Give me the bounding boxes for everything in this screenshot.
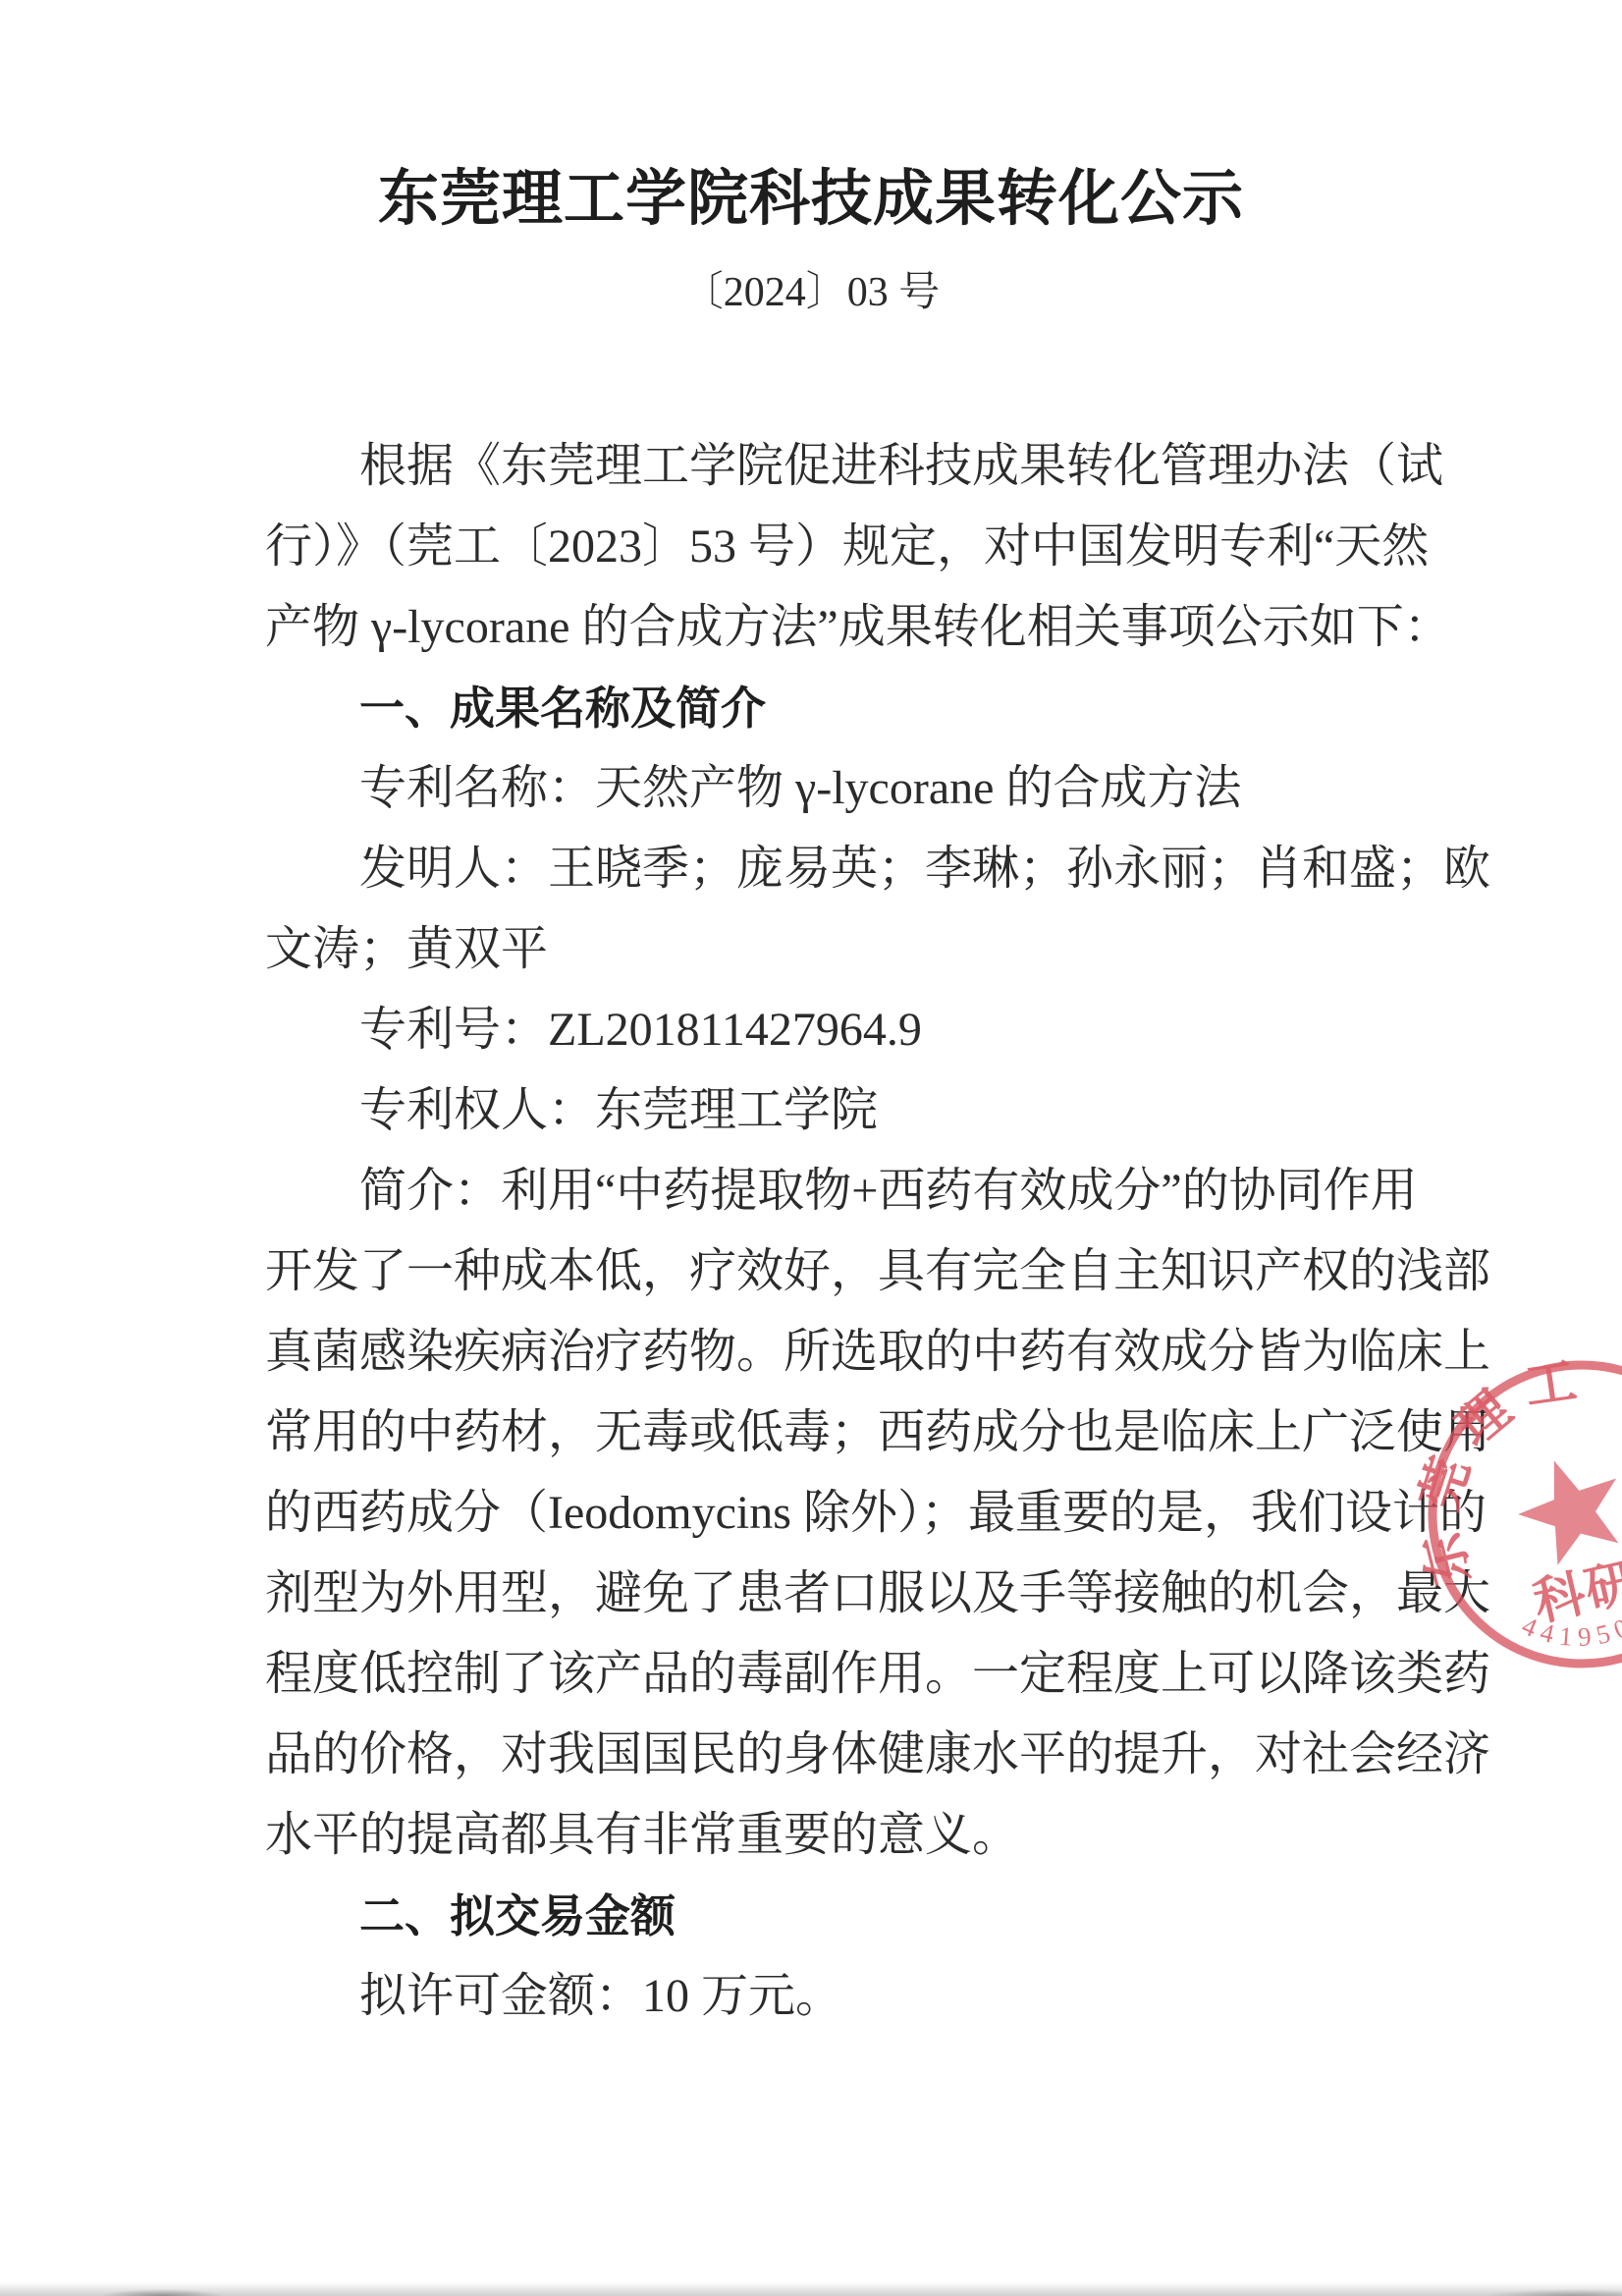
document-page: 东莞理工学院科技成果转化公示 〔2024〕03 号 根据《东莞理工学院促进科技成… — [0, 0, 1622, 2296]
text-line: 常用的中药材，无毒或低毒；西药成分也是临床上广泛使用 — [265, 1393, 1414, 1473]
text-line: 文涛；黄双平 — [265, 909, 1414, 990]
text-line: 水平的提高都具有非常重要的意义。 — [265, 1795, 1414, 1876]
text-line: 产物 γ-lycorane 的合成方法”成果转化相关事项公示如下： — [265, 587, 1414, 668]
text-line: 真菌感染疾病治疗药物。所选取的中药有效成分皆为临床上 — [265, 1312, 1414, 1393]
document-number: 〔2024〕03 号 — [0, 259, 1622, 318]
seal-star-icon — [1518, 1460, 1618, 1564]
text-line: 剂型为外用型，避免了患者口服以及手等接触的机会，最大 — [265, 1554, 1414, 1634]
seal-arc-text: 东莞理工 — [1410, 1351, 1595, 1591]
official-seal: 东莞理工 科研 441950 — [1332, 1273, 1622, 1764]
text-line: 根据《东莞理工学院促进科技成果转化管理办法（试 — [265, 426, 1414, 507]
text-line: 开发了一种成本低，疗效好，具有完全自主知识产权的浅部 — [265, 1231, 1414, 1312]
scan-bottom-edge — [0, 2282, 1622, 2296]
text-line: 品的价格，对我国国民的身体健康水平的提升，对社会经济 — [265, 1715, 1414, 1795]
section-heading: 一、成果名称及简介 — [265, 668, 1414, 748]
text-line: 简介：利用“中药提取物+西药有效成分”的协同作用 — [265, 1151, 1414, 1231]
text-line: 拟许可金额：10 万元。 — [265, 1956, 1414, 2037]
text-line: 专利权人：东莞理工学院 — [265, 1070, 1414, 1151]
text-line: 专利号：ZL201811427964.9 — [265, 990, 1414, 1070]
text-line: 程度低控制了该产品的毒副作用。一定程度上可以降该类药 — [265, 1634, 1414, 1715]
text-line: 行）》（莞工〔2023〕53 号）规定，对中国发明专利“天然 — [265, 507, 1414, 587]
text-line: 发明人：王晓季；庞易英；李琳；孙永丽；肖和盛；欧 — [265, 829, 1414, 909]
document-body: 根据《东莞理工学院促进科技成果转化管理办法（试行）》（莞工〔2023〕53 号）… — [265, 426, 1414, 2037]
svg-text:东莞理工: 东莞理工 — [1410, 1351, 1595, 1591]
text-line: 专利名称：天然产物 γ-lycorane 的合成方法 — [265, 748, 1414, 829]
document-title: 东莞理工学院科技成果转化公示 — [0, 149, 1622, 237]
section-heading: 二、拟交易金额 — [265, 1876, 1414, 1956]
text-line: 的西药成分（Ieodomycins 除外）；最重要的是，我们设计的 — [265, 1473, 1414, 1554]
